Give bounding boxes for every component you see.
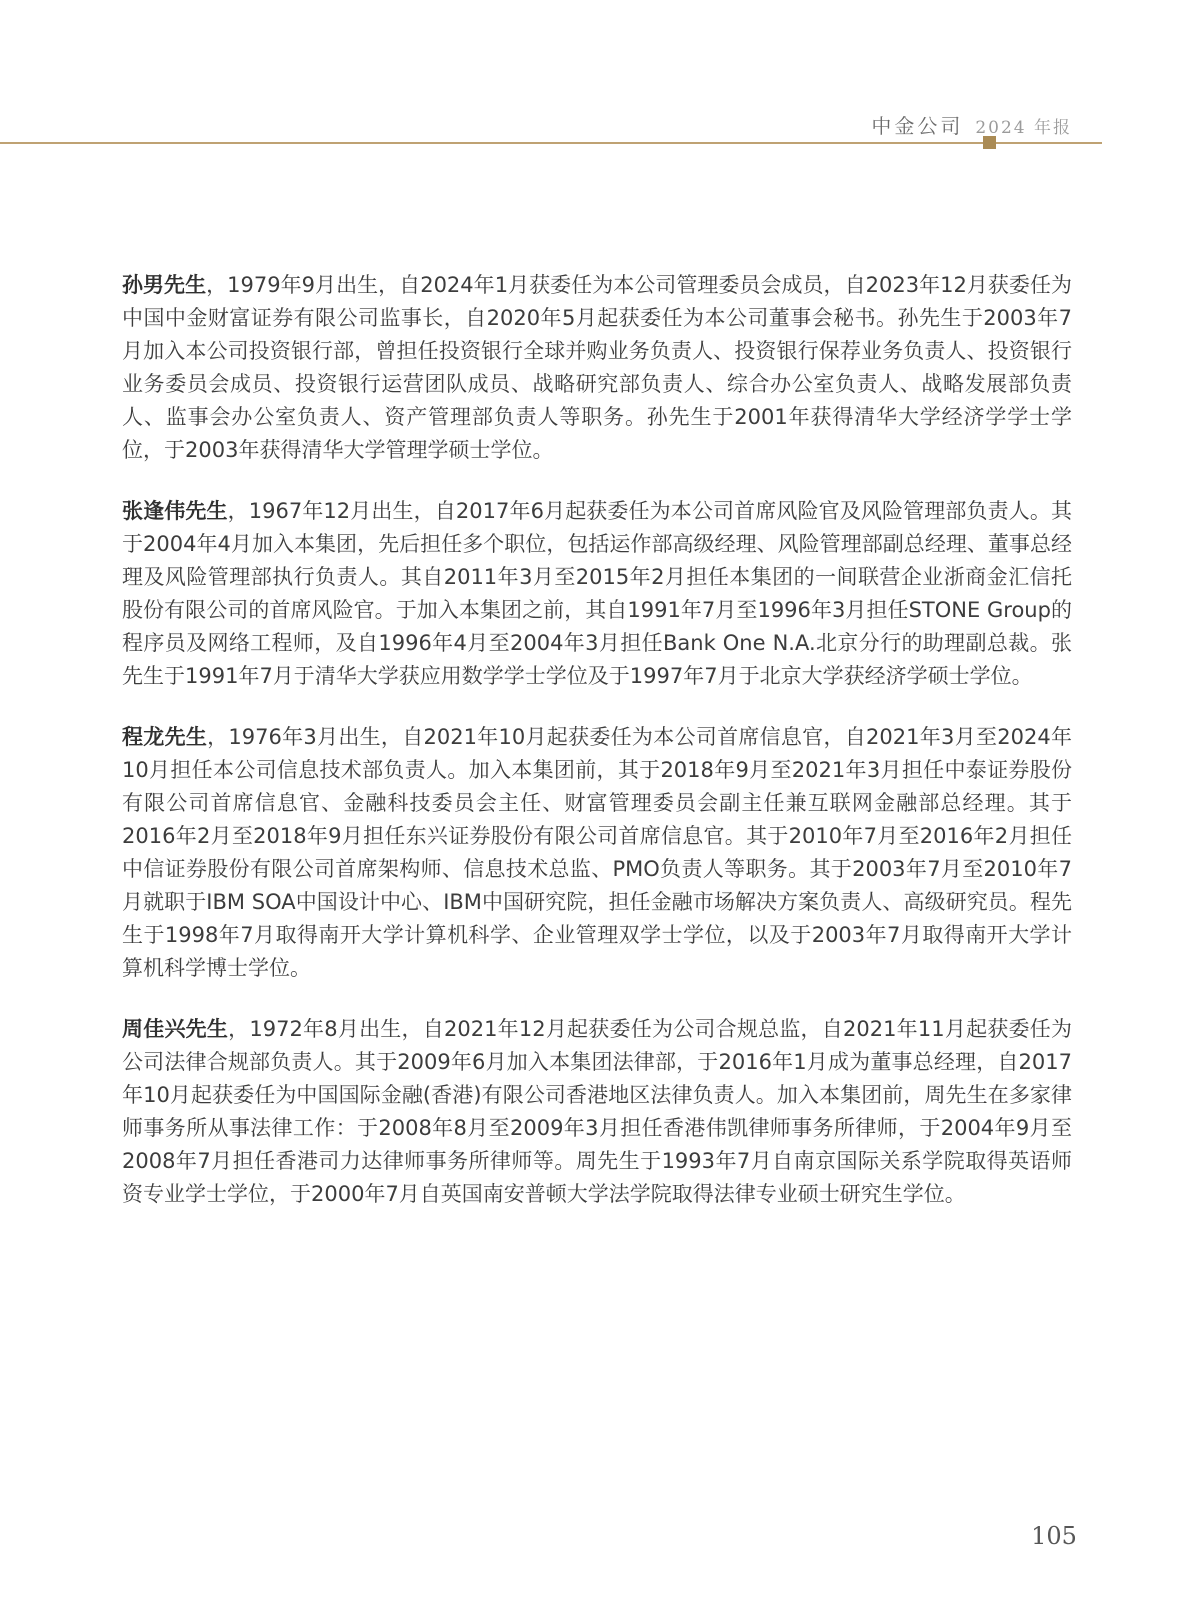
header-brand: 中金公司	[871, 114, 963, 138]
header-rule	[0, 142, 1102, 144]
bio-text: ，1972年8月出生，自2021年12月起获委任为公司合规总监，自2021年11…	[122, 1017, 1072, 1206]
header-title: 中金公司2024 年报	[871, 110, 1072, 139]
bio-text: ，1976年3月出生，自2021年10月起获委任为本公司首席信息官，自2021年…	[122, 725, 1072, 980]
annual-report-page: 中金公司2024 年报 孙男先生，1979年9月出生，自2024年1月获委任为本…	[0, 0, 1190, 1615]
bio-paragraph-zhou-jiaxing: 周佳兴先生，1972年8月出生，自2021年12月起获委任为公司合规总监，自20…	[122, 1013, 1072, 1211]
header-edition: 2024 年报	[975, 118, 1072, 138]
bio-name: 周佳兴先生	[122, 1017, 228, 1041]
header-accent-square-icon	[983, 136, 996, 149]
bio-name: 程龙先生	[122, 725, 207, 749]
bio-name: 张逢伟先生	[122, 499, 228, 523]
bio-paragraph-cheng-long: 程龙先生，1976年3月出生，自2021年10月起获委任为本公司首席信息官，自2…	[122, 721, 1072, 985]
report-header: 中金公司2024 年报	[0, 0, 1190, 160]
bio-paragraph-zhang-fengwei: 张逢伟先生，1967年12月出生，自2017年6月起获委任为本公司首席风险官及风…	[122, 495, 1072, 693]
bio-name: 孙男先生	[122, 273, 206, 297]
bio-paragraph-sun-nan: 孙男先生，1979年9月出生，自2024年1月获委任为本公司管理委员会成员，自2…	[122, 269, 1072, 467]
page-number: 105	[1018, 1522, 1090, 1550]
bio-text: ，1979年9月出生，自2024年1月获委任为本公司管理委员会成员，自2023年…	[122, 273, 1072, 462]
executive-bios-section: 孙男先生，1979年9月出生，自2024年1月获委任为本公司管理委员会成员，自2…	[122, 269, 1072, 1211]
bio-text: ，1967年12月出生，自2017年6月起获委任为本公司首席风险官及风险管理部负…	[122, 499, 1072, 688]
